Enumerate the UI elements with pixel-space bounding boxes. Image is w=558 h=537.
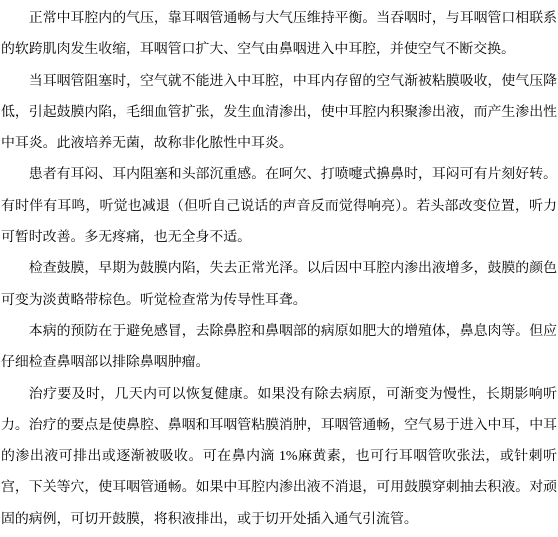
paragraph-blockage-pathology: 当耳咽管阻塞时，空气就不能进入中耳腔，中耳内存留的空气渐被粘膜吸收，使气压降低，… <box>1 66 557 160</box>
document-body: 正常中耳腔内的气压，靠耳咽管通畅与大气压维持平衡。当吞咽时，与耳咽管口相联系的软… <box>0 0 558 537</box>
paragraph-examination: 检查鼓膜，早期为鼓膜内陷，失去正常光泽。以后因中耳腔内渗出液增多，鼓膜的颜色可变… <box>1 253 557 316</box>
paragraph-symptoms: 患者有耳闷、耳内阻塞和头部沉重感。在呵欠、打喷嚏式擤鼻时，耳闷可有片刻好转。有时… <box>1 159 557 253</box>
paragraph-treatment: 治疗要及时，几天内可以恢复健康。如果没有除去病原，可渐变为慢性，长期影响听力。治… <box>1 379 557 535</box>
paragraph-normal-pressure: 正常中耳腔内的气压，靠耳咽管通畅与大气压维持平衡。当吞咽时，与耳咽管口相联系的软… <box>1 3 557 66</box>
paragraph-prevention: 本病的预防在于避免感冒，去除鼻腔和鼻咽部的病原如肥大的增殖体，鼻息肉等。但应仔细… <box>1 316 557 379</box>
